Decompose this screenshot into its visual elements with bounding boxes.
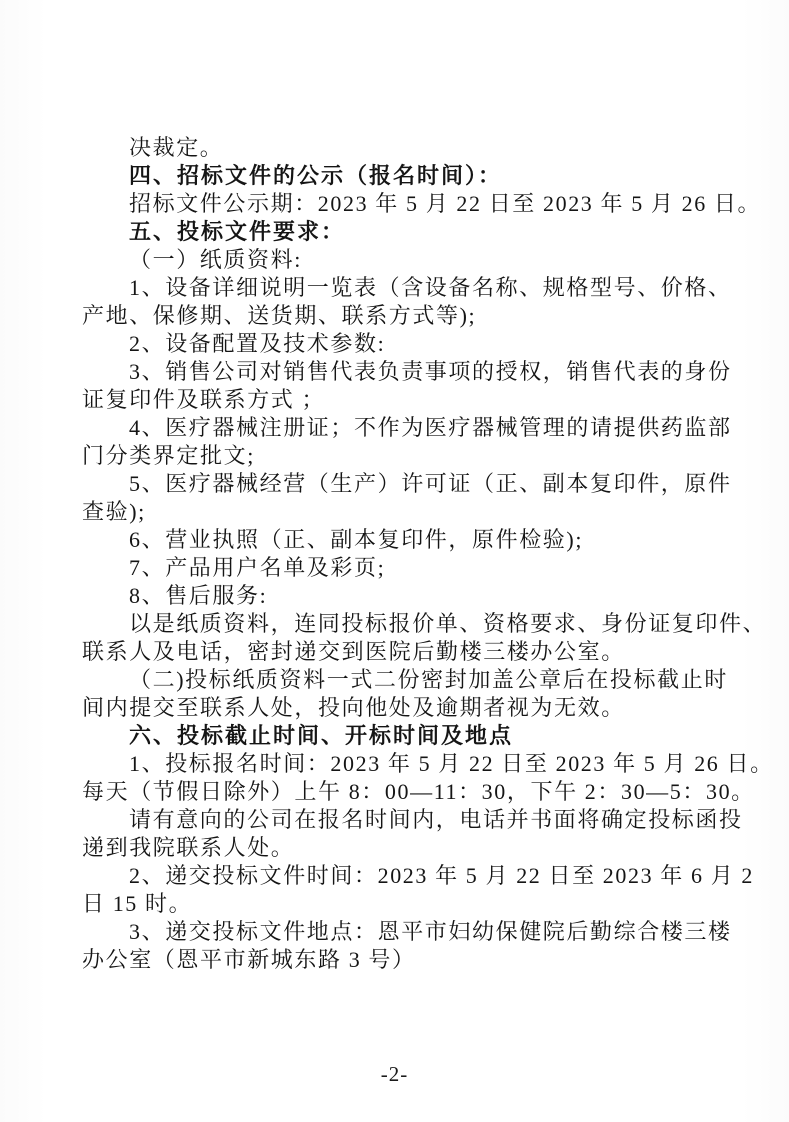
document-line: 决裁定。 — [82, 134, 714, 162]
document-line: 1、投标报名时间：2023 年 5 月 22 日至 2023 年 5 月 26 … — [82, 750, 714, 778]
document-line: 每天（节假日除外）上午 8：00—11：30，下午 2：30—5：30。 — [82, 778, 714, 806]
document-line: 招标文件公示期：2023 年 5 月 22 日至 2023 年 5 月 26 日… — [82, 190, 714, 218]
document-line: 证复印件及联系方式 ； — [82, 386, 714, 414]
document-line: 3、递交投标文件地点：恩平市妇幼保健院后勤综合楼三楼 — [82, 918, 714, 946]
section-heading: 四、招标文件的公示（报名时间）： — [82, 162, 714, 190]
section-heading: 五、投标文件要求： — [82, 218, 714, 246]
document-line: 4、医疗器械注册证；不作为医疗器械管理的请提供药监部 — [82, 414, 714, 442]
document-line: 以是纸质资料，连同投标报价单、资格要求、身份证复印件、 — [82, 610, 714, 638]
document-line: 查验); — [82, 498, 714, 526]
document-page: 决裁定。四、招标文件的公示（报名时间）：招标文件公示期：2023 年 5 月 2… — [0, 0, 789, 1122]
document-body: 决裁定。四、招标文件的公示（报名时间）：招标文件公示期：2023 年 5 月 2… — [82, 134, 714, 974]
document-line: 8、售后服务: — [82, 582, 714, 610]
document-line: 2、递交投标文件时间：2023 年 5 月 22 日至 2023 年 6 月 2 — [82, 862, 714, 890]
page-number: -2- — [0, 1062, 789, 1087]
document-line: 5、医疗器械经营（生产）许可证（正、副本复印件，原件 — [82, 470, 714, 498]
document-line: 办公室（恩平市新城东路 3 号） — [82, 946, 714, 974]
document-line: （一）纸质资料: — [82, 246, 714, 274]
document-line: 联系人及电话，密封递交到医院后勤楼三楼办公室。 — [82, 638, 714, 666]
document-line: 递到我院联系人处。 — [82, 834, 714, 862]
section-heading: 六、投标截止时间、开标时间及地点 — [82, 722, 714, 750]
document-line: 门分类界定批文; — [82, 442, 714, 470]
document-line: 产地、保修期、送货期、联系方式等); — [82, 302, 714, 330]
document-line: 日 15 时。 — [82, 890, 714, 918]
document-line: 请有意向的公司在报名时间内，电话并书面将确定投标函投 — [82, 806, 714, 834]
document-line: 间内提交至联系人处，投向他处及逾期者视为无效。 — [82, 694, 714, 722]
document-line: 3、销售公司对销售代表负责事项的授权，销售代表的身份 — [82, 358, 714, 386]
document-line: 1、设备详细说明一览表（含设备名称、规格型号、价格、 — [82, 274, 714, 302]
document-line: 7、产品用户名单及彩页; — [82, 554, 714, 582]
document-line: 2、设备配置及技术参数: — [82, 330, 714, 358]
document-line: （二)投标纸质资料一式二份密封加盖公章后在投标截止时 — [82, 666, 714, 694]
document-line: 6、营业执照（正、副本复印件，原件检验); — [82, 526, 714, 554]
